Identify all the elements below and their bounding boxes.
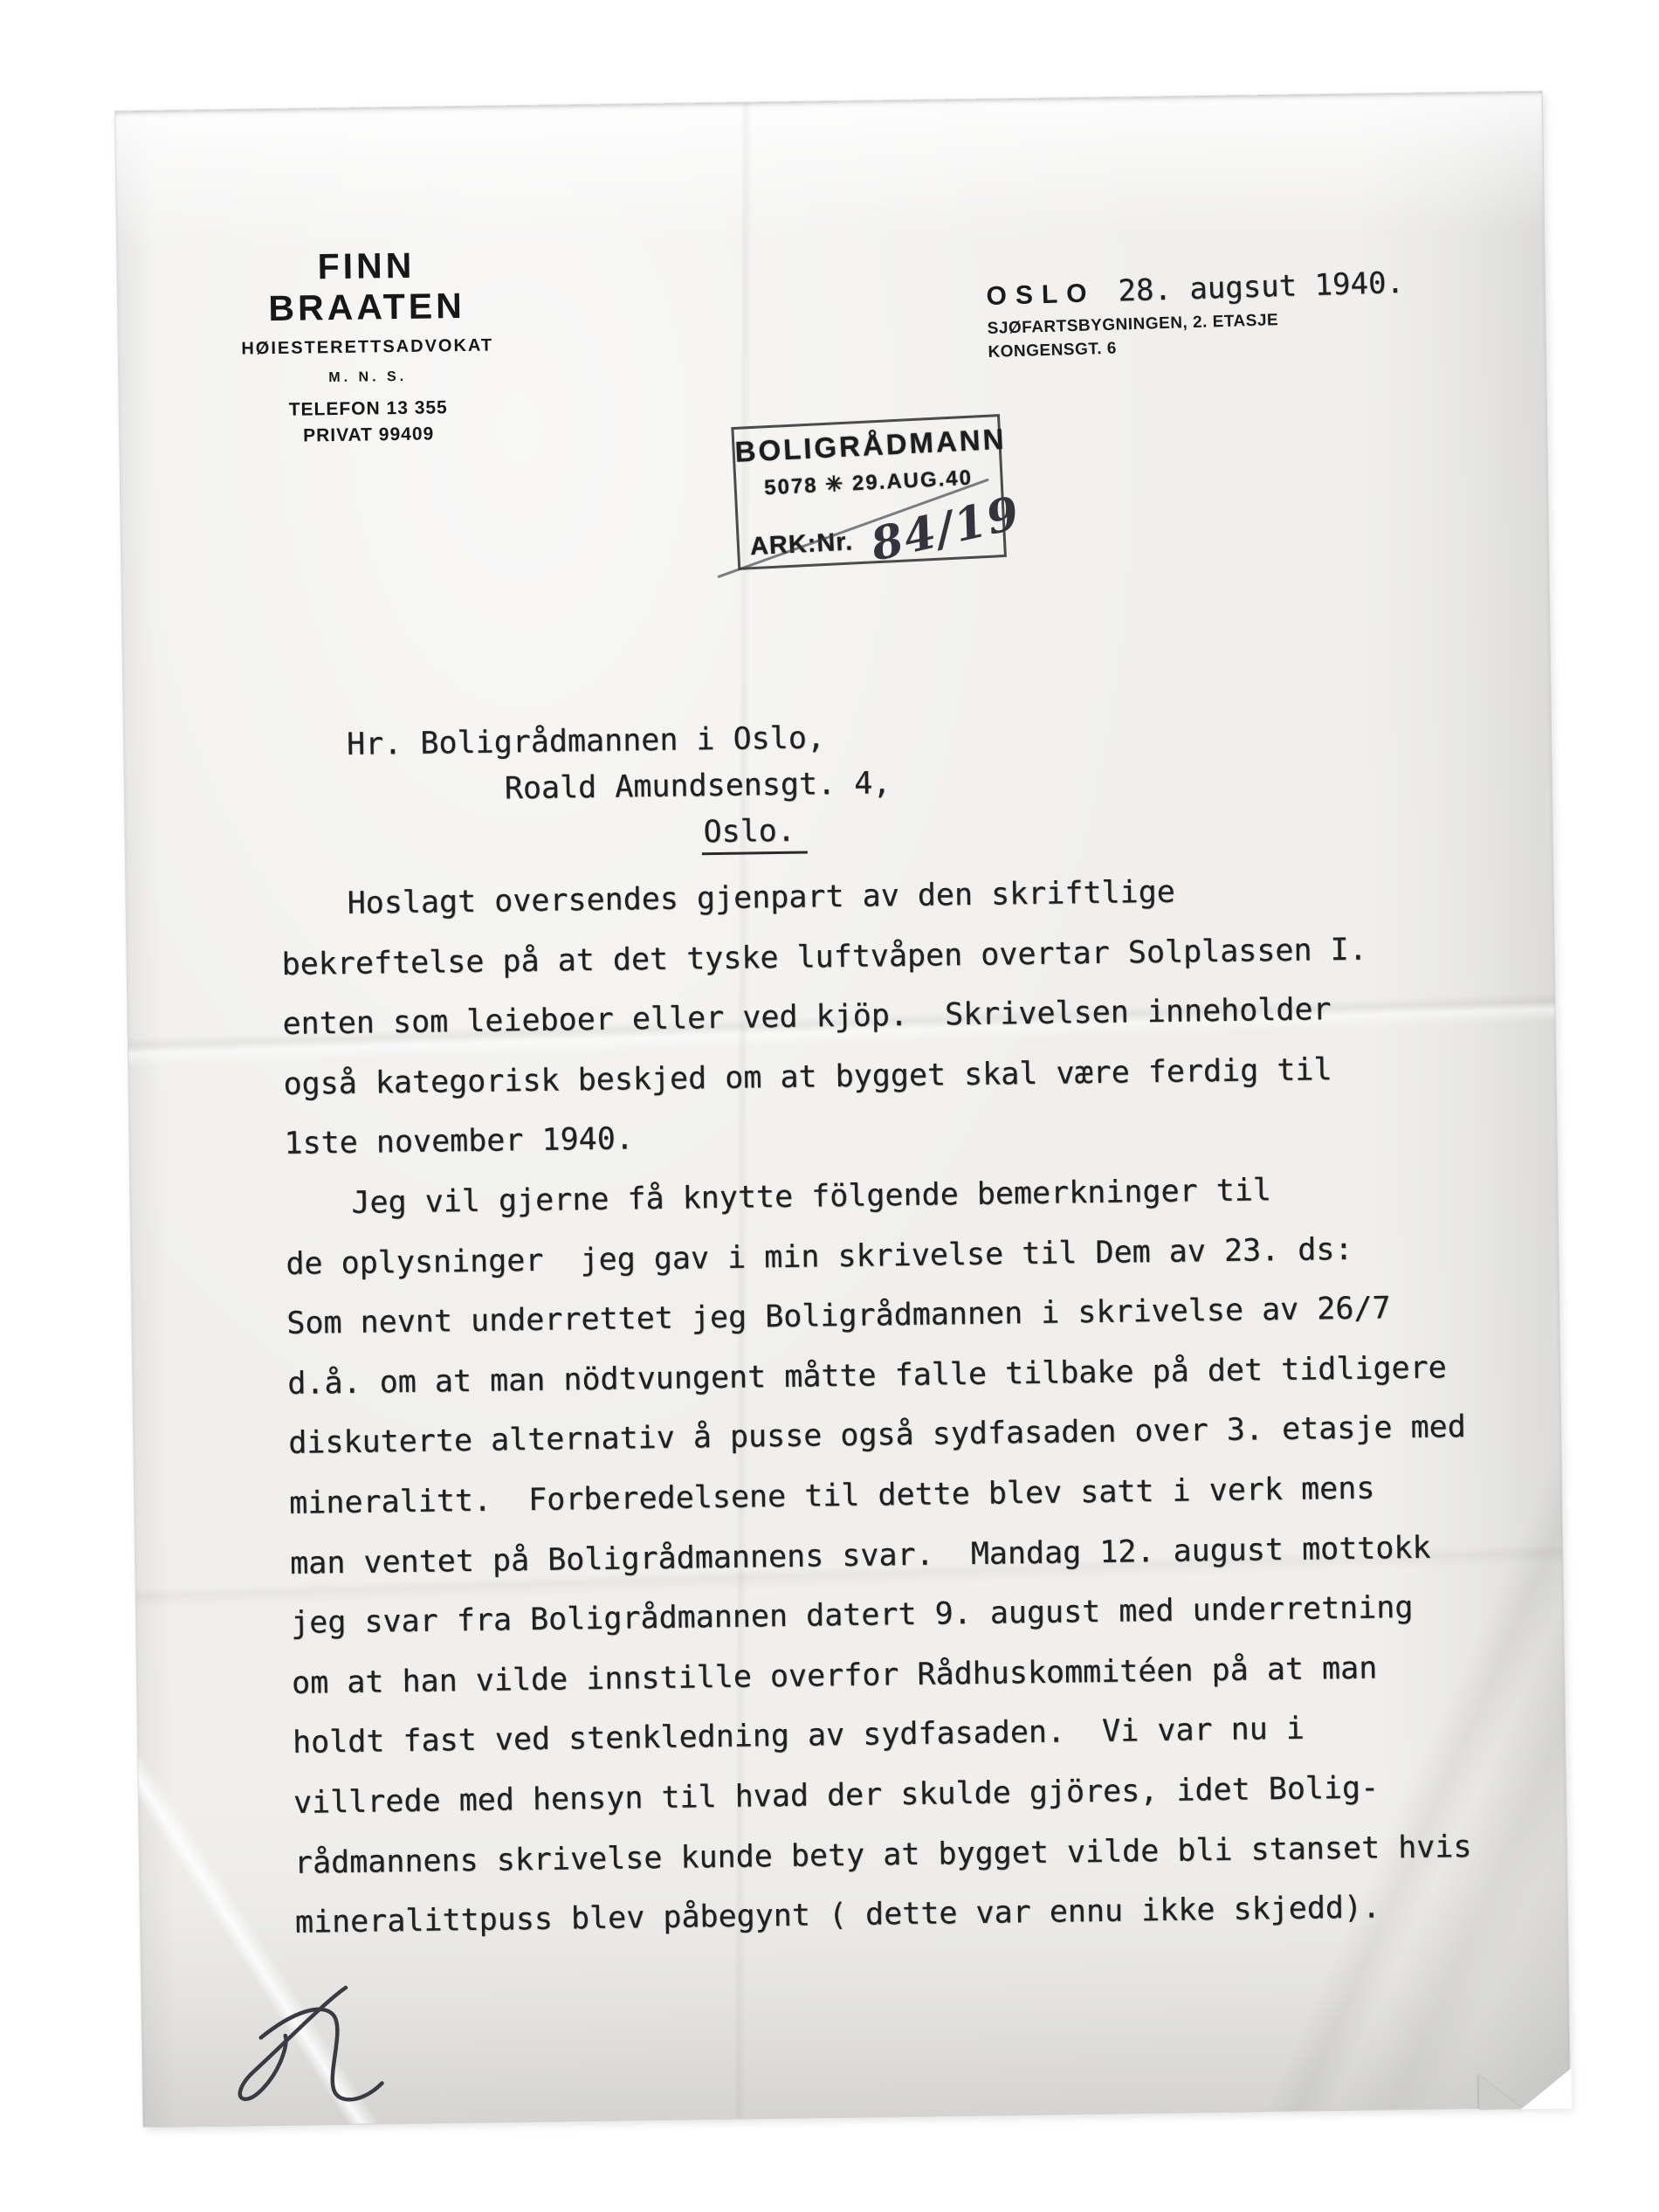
letter-paper-sheet: FINN BRAATEN HØIESTERETTSADVOKAT M. N. S…: [115, 92, 1570, 2127]
letterhead-title: HØIESTERETTSADVOKAT: [219, 335, 516, 360]
stamp-ark-number-handwritten: 84/19: [866, 486, 1026, 572]
recipient-city-underlined: Oslo.: [701, 814, 808, 856]
dateline-city: OSLO: [986, 279, 1096, 312]
scan-canvas: FINN BRAATEN HØIESTERETTSADVOKAT M. N. S…: [0, 0, 1659, 2212]
letter-body: Hoslagt oversendes gjenpart av den skrif…: [280, 858, 1535, 1953]
stamp-office-name: BOLIGRÅDMANN: [734, 423, 999, 469]
dateline-date: 28. augsut 1940.: [1118, 265, 1405, 309]
receipt-stamp: BOLIGRÅDMANN 5078 ✳ 29.AUG.40 ARK:Nr. 84…: [731, 414, 1007, 570]
dogear-cover: [1520, 2068, 1572, 2109]
letterhead-telefon: TELEFON 13 355: [220, 396, 517, 422]
recipient-block: Hr. Boligrådmannen i Oslo, Roald Amundse…: [279, 708, 1328, 862]
handwritten-monogram: [213, 1978, 416, 2133]
dogear-fold: [1479, 2074, 1524, 2110]
stamp-journal-number: 5078: [764, 473, 819, 500]
stamp-asterisk-icon: ✳: [825, 472, 845, 497]
dateline-block: OSLO 28. augsut 1940. SJØFARTSBYGNINGEN,…: [986, 263, 1477, 362]
letterhead-name: FINN BRAATEN: [217, 244, 515, 330]
letterhead: FINN BRAATEN HØIESTERETTSADVOKAT M. N. S…: [217, 244, 517, 448]
stamp-journal-row: 5078 ✳ 29.AUG.40: [736, 464, 1001, 502]
dateline-row: OSLO 28. augsut 1940.: [986, 263, 1476, 313]
letterhead-mns: M. N. S.: [219, 368, 516, 388]
letterhead-privat: PRIVAT 99409: [220, 423, 517, 448]
